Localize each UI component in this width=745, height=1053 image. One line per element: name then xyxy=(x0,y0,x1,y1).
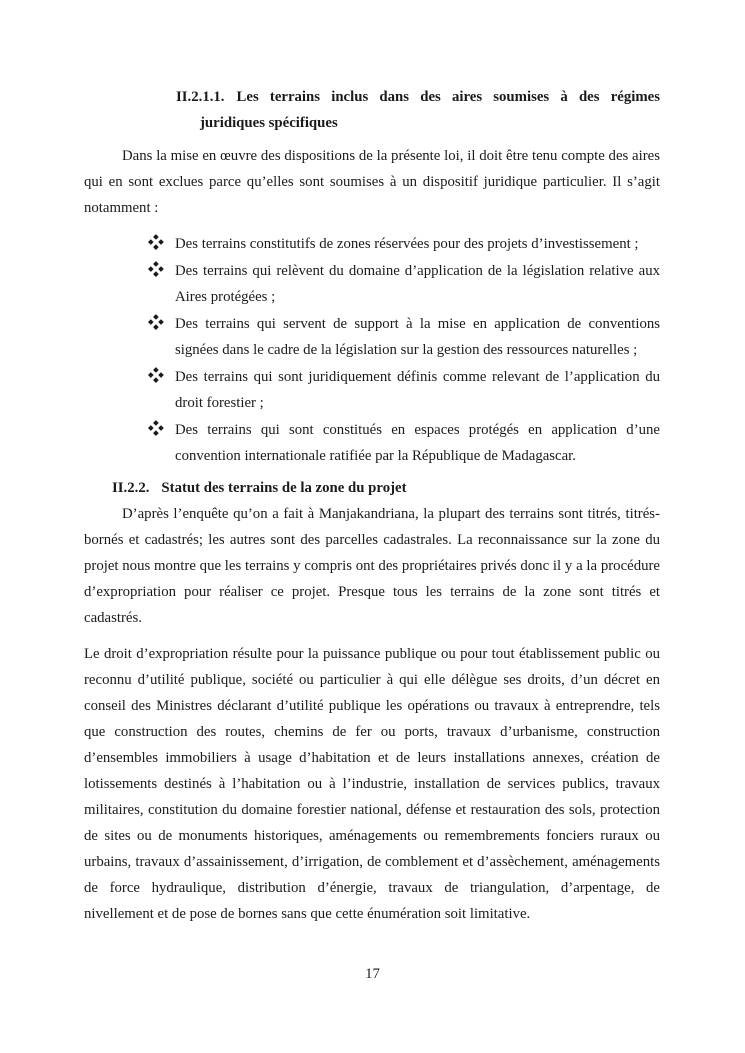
paragraph-expropriation: Le droit d’expropriation résulte pour la… xyxy=(84,641,660,927)
intro-paragraph: Dans la mise en œuvre des dispositions d… xyxy=(84,143,660,221)
document-page: II.2.1.1.Les terrains inclus dans des ai… xyxy=(0,0,745,1053)
bullet-item: Des terrains qui sont juridiquement défi… xyxy=(175,364,660,417)
diamond-bullet-icon xyxy=(153,239,158,244)
diamond-bullet-icon xyxy=(153,372,158,377)
bullet-list: Des terrains constitutifs de zones réser… xyxy=(84,231,660,470)
section-title: Statut des terrains de la zone du projet xyxy=(161,480,406,496)
section-number: II.2.2. xyxy=(112,480,149,496)
section-heading-terrains: II.2.1.1.Les terrains inclus dans des ai… xyxy=(176,84,660,136)
bullet-item: Des terrains qui sont constitués en espa… xyxy=(175,417,660,470)
section-title: Les terrains inclus dans des aires soumi… xyxy=(200,89,660,131)
bullet-text: Des terrains qui relèvent du domaine d’a… xyxy=(175,263,660,306)
bullet-item: Des terrains qui servent de support à la… xyxy=(175,311,660,364)
paragraph-statut: D’après l’enquête qu’on a fait à Manjaka… xyxy=(84,501,660,631)
bullet-text: Des terrains qui sont constitués en espa… xyxy=(175,422,660,465)
section-heading-statut: II.2.2.Statut des terrains de la zone du… xyxy=(112,475,660,501)
bullet-item: Des terrains qui relèvent du domaine d’a… xyxy=(175,258,660,311)
bullet-text: Des terrains qui servent de support à la… xyxy=(175,316,660,359)
bullet-text: Des terrains qui sont juridiquement défi… xyxy=(175,369,660,412)
diamond-bullet-icon xyxy=(153,266,158,271)
diamond-bullet-icon xyxy=(153,319,158,324)
bullet-item: Des terrains constitutifs de zones réser… xyxy=(175,231,660,258)
section-number: II.2.1.1. xyxy=(176,89,225,105)
diamond-bullet-icon xyxy=(153,425,158,430)
page-number: 17 xyxy=(0,961,745,987)
bullet-text: Des terrains constitutifs de zones réser… xyxy=(175,236,639,252)
